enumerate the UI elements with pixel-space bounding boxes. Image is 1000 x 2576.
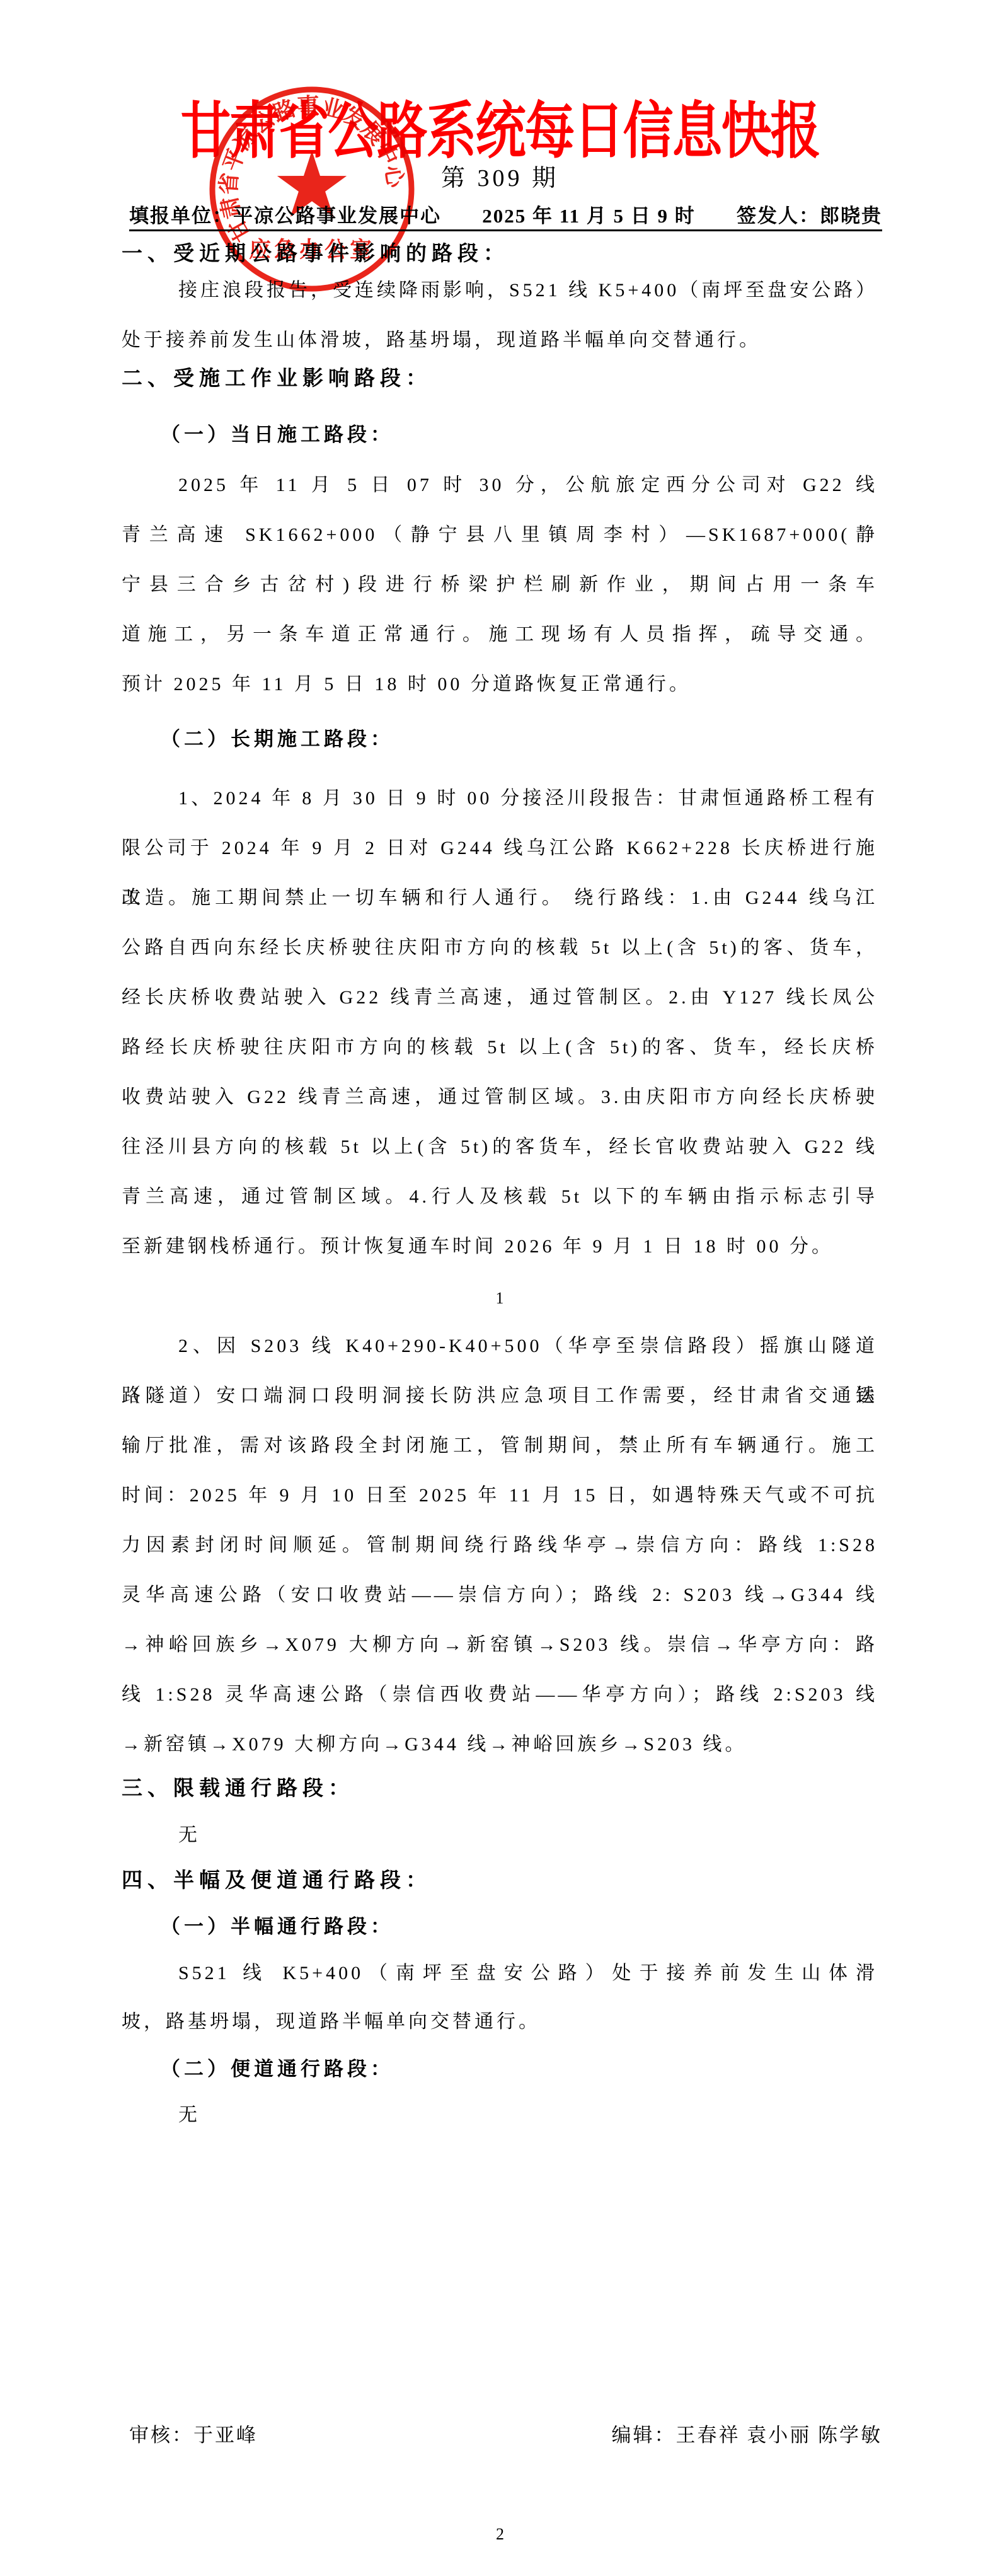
body-text-line: 2、因 S203 线 K40+290-K40+500（华亭至崇信路段）摇旗山隧道… bbox=[122, 1321, 878, 1371]
sub-section-heading: （一）当日施工路段： bbox=[122, 410, 917, 459]
body-text-line: 宁县三合乡古岔村)段进行桥梁护栏刷新作业，期间占用一条车 bbox=[122, 560, 878, 609]
body-text-line: S521 线 K5+400（南坪至盘安公路）处于接养前发生山体滑 bbox=[122, 1948, 878, 1998]
body-text-line: 预计 2025 年 11 月 5 日 18 时 00 分道路恢复正常通行。 bbox=[122, 659, 878, 709]
body-text-line: 无 bbox=[122, 1810, 878, 1860]
footer-row: 审核：于亚峰 编辑：王春祥 袁小丽 陈学敏 bbox=[129, 2414, 882, 2452]
body-text-line: 至新建钢栈桥通行。预计恢复通车时间 2026 年 9 月 1 日 18 时 00… bbox=[122, 1222, 878, 1271]
body-text-line: 无 bbox=[122, 2090, 878, 2140]
body-text-line: 青兰高速 SK1662+000（静宁县八里镇周李村）—SK1687+000(静 bbox=[122, 510, 878, 560]
report-signer: 签发人：郎晓贵 bbox=[737, 200, 882, 228]
document-title: 甘肃省公路系统每日信息快报 bbox=[0, 95, 1000, 170]
body-text-line: 经长庆桥收费站驶入 G22 线青兰高速，通过管制区。2.由 Y127 线长凤公 bbox=[122, 973, 878, 1022]
sub-section-heading: （二）长期施工路段： bbox=[122, 714, 917, 764]
body-text-line: 接庄浪段报告，受连续降雨影响，S521 线 K5+400（南坪至盘安公路） bbox=[122, 265, 878, 315]
document-page: 甘肃省公路系统每日信息快报 第 309 期 填报单位：平凉公路事业发展中心 20… bbox=[0, 0, 1000, 2576]
body-text-line: 青兰高速，通过管制区域。4.行人及核载 5t 以下的车辆由指示标志引导 bbox=[122, 1172, 878, 1222]
body-text-line: 限公司于 2024 年 9 月 2 日对 G244 线乌江公路 K662+228… bbox=[122, 823, 878, 873]
body-text-line: 收费站驶入 G22 线青兰高速，通过管制区域。3.由庆阳市方向经长庆桥驶 bbox=[122, 1072, 878, 1122]
body-text-line: 公路自西向东经长庆桥驶往庆阳市方向的核载 5t 以上(含 5t)的客、货车， bbox=[122, 923, 878, 973]
body-text-line: 2025 年 11 月 5 日 07 时 30 分，公航旅定西分公司对 G22 … bbox=[122, 460, 878, 510]
body-text-line: →神峪回族乡→X079 大柳方向→新窑镇→S203 线。崇信→华亭方向：路 bbox=[122, 1620, 878, 1670]
body-text-line: 往泾川县方向的核载 5t 以上(含 5t)的客货车，经长官收费站驶入 G22 线 bbox=[122, 1122, 878, 1172]
body-text-line: 路隧道）安口端洞口段明洞接长防洪应急项目工作需要，经甘肃省交通运 bbox=[122, 1371, 878, 1421]
body-text-line: 力因素封闭时间顺延。管制期间绕行路线华亭→崇信方向：路线 1:S28 bbox=[122, 1520, 878, 1570]
page-number-1: 1 bbox=[122, 1283, 878, 1314]
body-text-line: 灵华高速公路（安口收费站——崇信方向）；路线 2: S203 线→G344 线 bbox=[122, 1570, 878, 1620]
page-number-2: 2 bbox=[0, 2519, 1000, 2550]
report-date: 2025 年 11 月 5 日 9 时 bbox=[482, 200, 696, 228]
section-heading: 四、半幅及便道通行路段： bbox=[122, 1856, 878, 1906]
body-text-line: →新窑镇→X079 大柳方向→G344 线→神峪回族乡→S203 线。 bbox=[122, 1719, 878, 1769]
section-heading: 二、受施工作业影响路段： bbox=[122, 354, 878, 404]
footer-editors: 编辑：王春祥 袁小丽 陈学敏 bbox=[612, 2419, 883, 2447]
report-unit: 填报单位：平凉公路事业发展中心 bbox=[129, 200, 441, 228]
body-text-line: 改造。施工期间禁止一切车辆和行人通行。 绕行路线：1.由 G244 线乌江 bbox=[122, 873, 878, 923]
sub-section-heading: （二）便道通行路段： bbox=[122, 2044, 917, 2094]
body-text-line: 路经长庆桥驶往庆阳市方向的核载 5t 以上(含 5t)的客、货车，经长庆桥 bbox=[122, 1022, 878, 1072]
issue-number: 第 309 期 bbox=[0, 164, 1000, 193]
body-text-line: 时间：2025 年 9 月 10 日至 2025 年 11 月 15 日，如遇特… bbox=[122, 1470, 878, 1520]
footer-reviewer: 审核：于亚峰 bbox=[129, 2419, 258, 2447]
body-text-line: 1、2024 年 8 月 30 日 9 时 00 分接泾川段报告：甘肃恒通路桥工… bbox=[122, 773, 878, 823]
body-text-line: 线 1:S28 灵华高速公路（崇信西收费站——华亭方向）；路线 2:S203 线 bbox=[122, 1670, 878, 1719]
body-text-line: 坡，路基坍塌，现道路半幅单向交替通行。 bbox=[122, 1997, 878, 2047]
body-text-line: 输厅批准，需对该路段全封闭施工，管制期间，禁止所有车辆通行。施工 bbox=[122, 1421, 878, 1470]
sub-section-heading: （一）半幅通行路段： bbox=[122, 1902, 917, 1951]
section-heading: 三、限载通行路段： bbox=[122, 1764, 878, 1814]
header-info-row: 填报单位：平凉公路事业发展中心 2025 年 11 月 5 日 9 时 签发人：… bbox=[129, 200, 882, 227]
body-text-line: 道施工，另一条车道正常通行。施工现场有人员指挥，疏导交通。 bbox=[122, 609, 878, 659]
